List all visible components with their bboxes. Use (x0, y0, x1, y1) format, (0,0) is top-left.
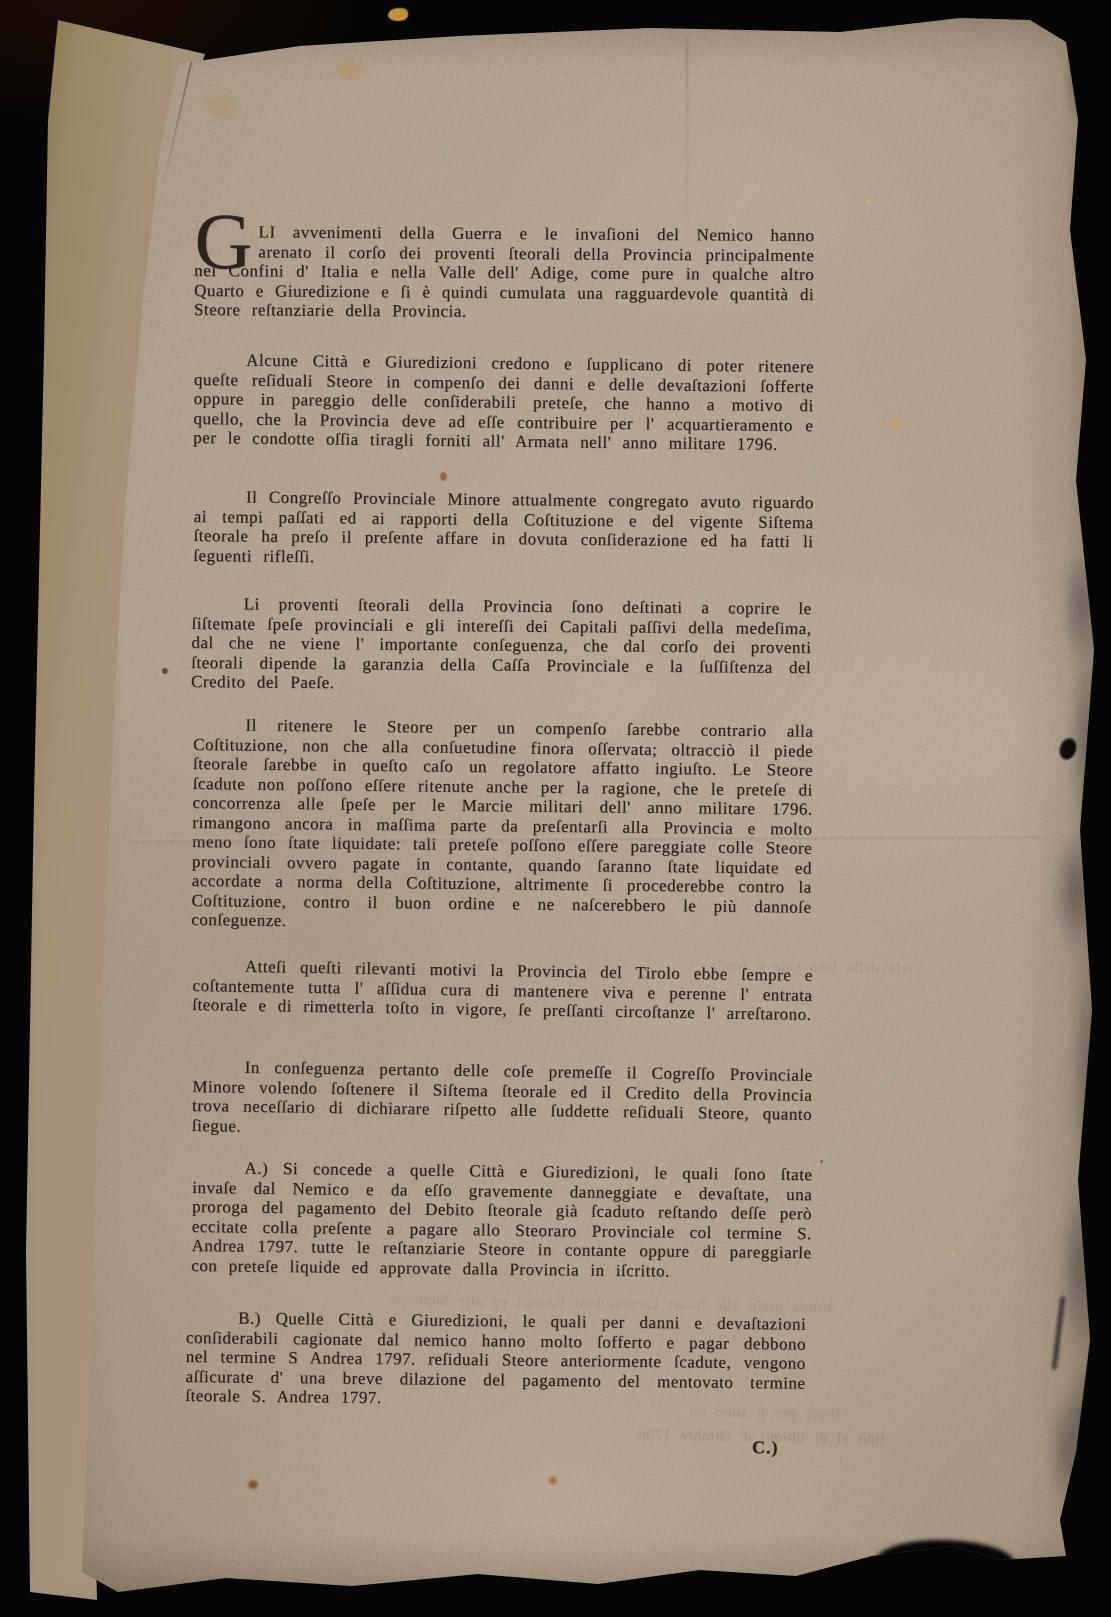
paragraph: In conſeguenza pertanto delle coſe preme… (192, 1057, 813, 1144)
paragraph: Il ritenere le Steore per un compenſo ſa… (191, 715, 813, 936)
paragraph: Li proventi ſteorali della Provincia ſon… (191, 594, 812, 697)
scanned-document-photo: { "colors": { "background": "#060504", "… (0, 0, 1111, 1617)
scan-background: ciale delle loro caſe e fondi ordina pre… (0, 0, 1111, 1617)
paragraph: Atteſi queſti rilevanti motivi la Provin… (192, 956, 813, 1024)
paper-fragment (388, 8, 408, 21)
drop-cap-initial: G (194, 202, 254, 244)
stain (888, 418, 902, 429)
paper-speck (951, 1252, 955, 1256)
worm-hole (1057, 736, 1079, 762)
paragraph-text: LI avvenimenti della Guerra e le invaſio… (194, 222, 815, 320)
edge-smudge (1021, 560, 1097, 1480)
bottom-edge-tear (876, 1540, 1016, 1586)
page-paper: ciale delle loro caſe e fondi ordina pre… (0, 0, 1111, 1617)
paragraph: Alcune Città e Giuredizioni credono e ſu… (193, 350, 814, 455)
clause-a-paragraph: A.) Si concede a quelle Città e Giurediz… (191, 1158, 812, 1282)
edge-smudge (1031, 40, 1091, 300)
paper-speck (820, 1160, 823, 1163)
clause-b-paragraph: B.) Quelle Città e Giuredizioni, le qual… (185, 1308, 806, 1412)
paragraph: Il Congreſſo Provinciale Minore attualme… (193, 487, 814, 571)
edge-tear (1052, 1296, 1066, 1370)
opening-paragraph: GLI avvenimenti della Guerra e le invaſi… (194, 222, 815, 324)
ink-dot (162, 668, 168, 674)
catchword: C.) (752, 1438, 779, 1458)
edge-smudge (1015, 1360, 1085, 1540)
page-text-block: GLI avvenimenti della Guerra e le invaſi… (192, 0, 815, 1617)
paper-speck (866, 200, 870, 204)
